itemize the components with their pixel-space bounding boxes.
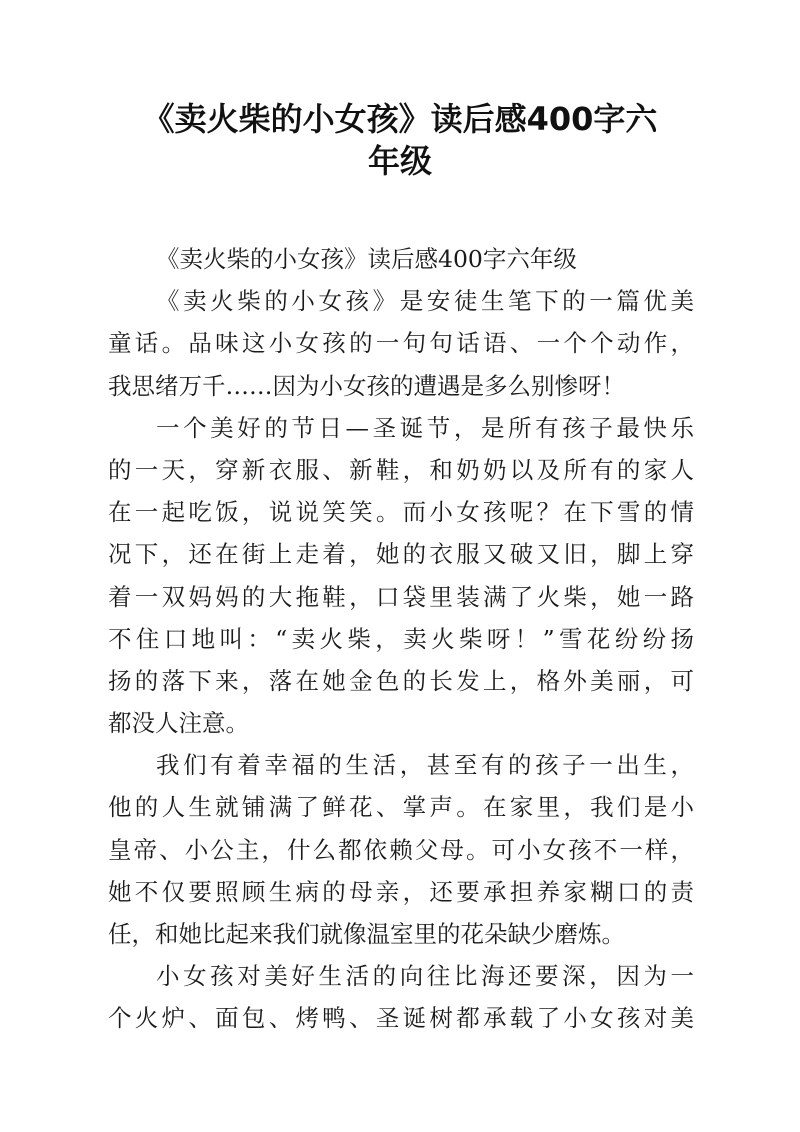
document-body: 《卖火柴的小女孩》读后感400字六年级《卖火柴的小女孩》是安徒生笔下的一篇优美童…: [108, 238, 694, 1040]
body-line: 《卖火柴的小女孩》是安徒生笔下的一篇优美: [108, 280, 694, 322]
body-line: 都没人注意。: [108, 702, 694, 744]
body-line: 况下，还在街上走着，她的衣服又破又旧，脚上穿: [108, 533, 694, 575]
body-line: 童话。品味这小女孩的一句句话语、一个个动作，: [108, 322, 694, 364]
body-line: 着一双妈妈的大拖鞋，口袋里装满了火柴，她一路: [108, 576, 694, 618]
body-line: 的一天，穿新衣服、新鞋，和奶奶以及所有的家人: [108, 449, 694, 491]
body-line: 他的人生就铺满了鲜花、掌声。在家里，我们是小: [108, 786, 694, 828]
body-line: 在一起吃饭，说说笑笑。而小女孩呢？在下雪的情: [108, 491, 694, 533]
body-line: 我思绪万千……因为小女孩的遭遇是多么别惨呀！: [108, 365, 694, 407]
body-line: 扬的落下来，落在她金色的长发上，格外美丽，可: [108, 660, 694, 702]
body-line: 我们有着幸福的生活，甚至有的孩子一出生，: [108, 744, 694, 786]
body-line: 任，和她比起来我们就像温室里的花朵缺少磨炼。: [108, 913, 694, 955]
body-line: 个火炉、面包、烤鸭、圣诞树都承载了小女孩对美: [108, 997, 694, 1039]
document-page: 《卖火柴的小女孩》读后感400字六 年级 《卖火柴的小女孩》读后感400字六年级…: [0, 0, 800, 1132]
body-line: 不住口地叫：“卖火柴，卖火柴呀！”雪花纷纷扬: [108, 618, 694, 660]
title-line-2: 年级: [100, 140, 700, 182]
body-line: 皇帝、小公主，什么都依赖父母。可小女孩不一样，: [108, 829, 694, 871]
body-line: 一个美好的节日—圣诞节，是所有孩子最快乐: [108, 407, 694, 449]
body-line: 《卖火柴的小女孩》读后感400字六年级: [108, 238, 694, 280]
title-line-1: 《卖火柴的小女孩》读后感400字六: [100, 98, 700, 140]
body-line: 她不仅要照顾生病的母亲，还要承担养家糊口的责: [108, 871, 694, 913]
document-title: 《卖火柴的小女孩》读后感400字六 年级: [100, 98, 700, 182]
body-line: 小女孩对美好生活的向往比海还要深，因为一: [108, 955, 694, 997]
